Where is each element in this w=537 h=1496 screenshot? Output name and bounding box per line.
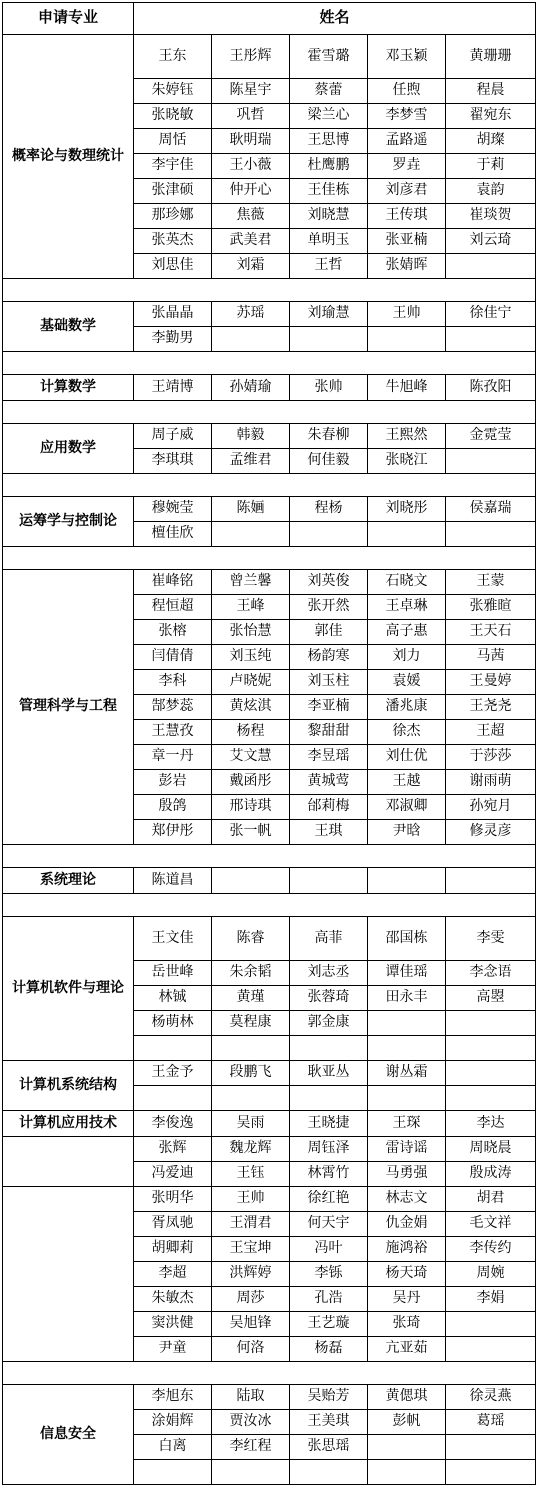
applicant-name-cell: 王金予 [134,1061,212,1086]
applicant-name-cell: 贾汝冰 [212,1410,290,1435]
applicant-name-cell: 何天宇 [290,1212,368,1237]
applicant-name-cell: 王哲 [290,254,368,279]
applicant-name-cell: 尹童 [134,1337,212,1362]
empty-name-cell [446,1312,536,1337]
applicant-name-cell: 张开然 [290,595,368,620]
section-spacer-cell [3,845,536,868]
major-label: 系统理论 [3,868,133,893]
applicant-name-cell: 林霄竹 [290,1162,368,1187]
major-label: 概率论与数理统计 [3,135,133,179]
applicant-name-cell: 刘力 [368,645,446,670]
applicant-name-cell: 闫倩倩 [134,645,212,670]
applicant-name-cell: 章一丹 [134,745,212,770]
applicant-name-cell: 谢雨萌 [446,770,536,795]
applicant-name-cell: 刘晓彤 [368,497,446,522]
applicant-name-cell: 李梦雪 [368,104,446,129]
section-spacer-cell [3,474,536,497]
applicant-name-cell: 张晓敏 [134,104,212,129]
table-row: 管理科学与工程崔峰铭曾兰馨刘英俊石晓文王蒙 [3,570,536,595]
applicant-name-cell: 邵国栋 [368,917,446,961]
applicant-name-cell: 王蒙 [446,570,536,595]
applicant-name-cell: 王熙然 [368,424,446,449]
applicant-name-cell: 卢晓妮 [212,670,290,695]
major-empty-cell [3,1137,134,1187]
applicant-name-cell: 耿亚丛 [290,1061,368,1086]
applicant-name-cell: 白离 [134,1435,212,1460]
applicant-name-cell: 穆婉莹 [134,497,212,522]
applicant-name-cell: 王小薇 [212,154,290,179]
applicant-name-cell: 魏龙辉 [212,1137,290,1162]
applicant-name-cell: 陈星宇 [212,79,290,104]
applicant-name-cell: 陈孜阳 [446,375,536,401]
applicant-name-cell: 梁兰心 [290,104,368,129]
applicant-name-cell: 黄偲琪 [368,1385,446,1410]
applicant-name-cell: 刘志丞 [290,961,368,986]
applicant-name-cell: 李勤男 [134,327,212,352]
applicant-name-cell: 陈道昌 [134,868,212,894]
applicant-name-cell: 李超 [134,1262,212,1287]
applicant-name-cell: 刘玉纯 [212,645,290,670]
applicant-name-cell: 林铖 [134,986,212,1011]
applicant-name-cell: 张雅暄 [446,595,536,620]
applicant-name-cell: 彭岩 [134,770,212,795]
applicant-name-cell: 檀佳欣 [134,522,212,547]
applicant-name-cell: 黄炫淇 [212,695,290,720]
document-page: 申请专业 姓名 概率论与数理统计王东王彤辉霍雪璐邓玉颖黄珊珊朱婷钰陈星宇蔡蕾任煦… [0,0,537,1487]
applicant-name-cell: 黄瑾 [212,986,290,1011]
applicant-name-cell: 刘玉柱 [290,670,368,695]
applicant-name-cell: 田永丰 [368,986,446,1011]
applicant-name-cell: 王琪 [290,820,368,845]
major-label-cell: 计算机应用技术 [3,1111,134,1137]
applicant-name-cell: 王传琪 [368,204,446,229]
applicant-name-cell: 彭帆 [368,1410,446,1435]
applicant-name-cell: 吴贻芳 [290,1385,368,1410]
applicant-name-cell: 牛旭峰 [368,375,446,401]
applicant-name-cell: 程晨 [446,79,536,104]
table-row: 计算机系统结构王金予段鹏飞耿亚丛谢丛霜 [3,1061,536,1086]
table-row: 应用数学周子威韩毅朱春柳王熙然金霓莹 [3,424,536,449]
empty-name-cell [134,1036,212,1061]
empty-name-cell [290,1086,368,1111]
empty-name-cell [446,1011,536,1036]
applicant-name-cell: 高菲 [290,917,368,961]
applicant-name-cell: 徐佳宁 [446,302,536,327]
section-spacer-row [3,401,536,424]
applicant-name-cell: 陆取 [212,1385,290,1410]
applicant-name-cell: 刘晓慧 [290,204,368,229]
applicant-name-cell: 涂娟辉 [134,1410,212,1435]
applicant-name-cell: 冯叶 [290,1237,368,1262]
major-label-cell: 信息安全 [3,1385,134,1485]
major-label-cell: 管理科学与工程 [3,570,134,845]
major-label-cell: 概率论与数理统计 [3,35,134,279]
applicant-name-cell: 殷鸽 [134,795,212,820]
applicant-name-cell: 王靖博 [134,375,212,401]
applicant-name-cell: 王慧孜 [134,720,212,745]
applicant-name-cell: 王尧尧 [446,695,536,720]
applicant-name-cell: 吴雨 [212,1111,290,1137]
applicant-name-cell: 胡卿莉 [134,1237,212,1262]
applicant-name-cell: 程恒超 [134,595,212,620]
major-empty-cell [3,1187,134,1362]
applicant-name-cell: 蔡蕾 [290,79,368,104]
section-spacer-row [3,474,536,497]
applicant-name-cell: 刘霜 [212,254,290,279]
table-row: 概率论与数理统计王东王彤辉霍雪璐邓玉颖黄珊珊 [3,35,536,79]
applicant-name-cell: 高子惠 [368,620,446,645]
applicant-name-cell: 张明华 [134,1187,212,1212]
applicant-name-cell: 李念语 [446,961,536,986]
applicant-name-cell: 张蓉琦 [290,986,368,1011]
applicant-name-cell: 谢丛霜 [368,1061,446,1086]
applicant-name-cell: 王钰 [212,1162,290,1187]
applicant-name-cell: 黄城莺 [290,770,368,795]
applicant-name-cell: 刘瑜慧 [290,302,368,327]
applicant-name-cell: 王卓琳 [368,595,446,620]
applicant-name-cell: 胡君 [446,1187,536,1212]
applicant-name-cell: 周恬 [134,129,212,154]
empty-name-cell [446,449,536,474]
applicant-name-cell: 戴函彤 [212,770,290,795]
applicant-name-cell: 刘英俊 [290,570,368,595]
empty-name-cell [368,1460,446,1485]
table-row: 计算数学王靖博孙婧瑜张帅牛旭峰陈孜阳 [3,375,536,401]
applicant-name-cell: 王天石 [446,620,536,645]
section-spacer-cell [3,547,536,570]
applicant-name-cell: 王彤辉 [212,35,290,79]
empty-name-cell [212,1036,290,1061]
applicant-name-cell: 孙宛月 [446,795,536,820]
applicant-name-cell: 张一帆 [212,820,290,845]
applicant-name-cell: 林志文 [368,1187,446,1212]
applicant-name-cell: 王晓捷 [290,1111,368,1137]
applicant-name-cell: 张晶晶 [134,302,212,327]
applicant-name-cell: 张亚楠 [368,229,446,254]
applicant-name-cell: 何洛 [212,1337,290,1362]
applicant-name-cell: 武美君 [212,229,290,254]
applicant-name-cell: 黎甜甜 [290,720,368,745]
applicant-name-cell: 王思博 [290,129,368,154]
applicant-name-cell: 韩毅 [212,424,290,449]
table-row: 运筹学与控制论穆婉莹陈婳程杨刘晓彤侯嘉瑞 [3,497,536,522]
applicant-name-cell: 段鹏飞 [212,1061,290,1086]
empty-name-cell [290,1460,368,1485]
applicant-name-cell: 张晓江 [368,449,446,474]
applicant-name-cell: 朱敏杰 [134,1287,212,1312]
applicant-name-cell: 高曌 [446,986,536,1011]
section-spacer-row [3,279,536,302]
applicant-name-cell: 崔峰铭 [134,570,212,595]
major-label-cell: 应用数学 [3,424,134,474]
applicant-name-cell: 郭佳 [290,620,368,645]
major-label-cell: 系统理论 [3,868,134,894]
applicant-name-cell: 亢亚茹 [368,1337,446,1362]
empty-name-cell [212,522,290,547]
empty-name-cell [290,327,368,352]
applicant-name-cell: 周婉 [446,1262,536,1287]
applicant-name-cell: 张帅 [290,375,368,401]
applicant-name-cell: 李雯 [446,917,536,961]
applicant-name-cell: 王帅 [368,302,446,327]
empty-name-cell [446,1435,536,1460]
applicant-name-cell: 任煦 [368,79,446,104]
empty-name-cell [134,1460,212,1485]
applicant-name-cell: 孟维君 [212,449,290,474]
applicant-name-cell: 杨磊 [290,1337,368,1362]
applicant-name-cell: 王越 [368,770,446,795]
applicant-name-cell: 霍雪璐 [290,35,368,79]
section-spacer-row [3,1362,536,1385]
applicant-name-cell: 孙婧瑜 [212,375,290,401]
empty-name-cell [290,522,368,547]
applicant-name-cell: 张怡慧 [212,620,290,645]
applicant-name-cell: 苏瑶 [212,302,290,327]
applicant-name-cell: 侯嘉瑞 [446,497,536,522]
applicant-name-cell: 李红程 [212,1435,290,1460]
applicant-name-cell: 窦洪健 [134,1312,212,1337]
applicant-name-cell: 单明玉 [290,229,368,254]
applicant-name-cell: 翟宛东 [446,104,536,129]
applicant-name-cell: 胡璨 [446,129,536,154]
applicant-name-cell: 李娟 [446,1287,536,1312]
applicant-name-cell: 李旭东 [134,1385,212,1410]
applicant-name-cell: 徐杰 [368,720,446,745]
applicant-name-cell: 孔浩 [290,1287,368,1312]
applicant-name-cell: 王渭君 [212,1212,290,1237]
applicant-name-cell: 殷成涛 [446,1162,536,1187]
major-label: 计算机软件与理论 [3,967,133,1011]
major-label-cell: 运筹学与控制论 [3,497,134,547]
empty-name-cell [446,1061,536,1086]
applicant-name-cell: 王超 [446,720,536,745]
empty-name-cell [368,1036,446,1061]
applicant-name-cell: 刘思佳 [134,254,212,279]
applicant-name-cell: 李昱瑶 [290,745,368,770]
applicant-name-cell: 潘兆康 [368,695,446,720]
table-row: 系统理论陈道昌 [3,868,536,894]
empty-name-cell [446,327,536,352]
applicant-name-cell: 金霓莹 [446,424,536,449]
major-label-cell: 计算机系统结构 [3,1061,134,1111]
applicant-name-cell: 吴丹 [368,1287,446,1312]
applicant-name-cell: 王文佳 [134,917,212,961]
applicant-name-cell: 李科 [134,670,212,695]
applicant-name-cell: 马茜 [446,645,536,670]
applicant-name-cell: 杨韵寒 [290,645,368,670]
applicant-name-cell: 雷诗谣 [368,1137,446,1162]
applicant-name-cell: 李俊逸 [134,1111,212,1137]
applicant-name-cell: 邓玉颖 [368,35,446,79]
table-row: 计算机应用技术李俊逸吴雨王晓捷王琛李达 [3,1111,536,1137]
empty-name-cell [212,868,290,894]
applicant-name-cell: 刘云琦 [446,229,536,254]
applicant-name-cell: 崔琰贺 [446,204,536,229]
section-spacer-row [3,547,536,570]
major-label: 基础数学 [3,314,133,339]
applicant-name-cell: 王艺璇 [290,1312,368,1337]
applicant-name-cell: 何佳毅 [290,449,368,474]
section-spacer-row [3,845,536,868]
applicant-name-cell: 巩哲 [212,104,290,129]
applicant-name-cell: 周晓晨 [446,1137,536,1162]
applicant-name-cell: 周子威 [134,424,212,449]
empty-name-cell [134,1086,212,1111]
major-label: 计算机系统结构 [3,1073,133,1098]
section-spacer-row [3,894,536,917]
empty-name-cell [446,868,536,894]
applicant-name-cell: 袁媛 [368,670,446,695]
table-row: 计算机软件与理论王文佳陈睿高菲邵国栋李雯 [3,917,536,961]
applicant-name-cell: 杨程 [212,720,290,745]
applicant-name-cell: 杨萌林 [134,1011,212,1036]
applicant-name-cell: 徐灵燕 [446,1385,536,1410]
applicant-name-cell: 陈睿 [212,917,290,961]
empty-name-cell [368,1011,446,1036]
applicant-name-cell: 王佳栋 [290,179,368,204]
applicant-name-cell: 曾兰馨 [212,570,290,595]
empty-name-cell [368,868,446,894]
applicant-name-cell: 焦薇 [212,204,290,229]
section-spacer-cell [3,1362,536,1385]
applicant-name-cell: 张婧晖 [368,254,446,279]
empty-name-cell [212,327,290,352]
applicant-name-cell: 刘彦君 [368,179,446,204]
applicant-name-cell: 那珍娜 [134,204,212,229]
major-label: 运筹学与控制论 [3,509,133,534]
applicant-name-cell: 张辉 [134,1137,212,1162]
applicant-name-cell: 张榕 [134,620,212,645]
major-label: 应用数学 [3,436,133,461]
table-row: 张辉魏龙辉周钰泽雷诗谣周晓晨 [3,1137,536,1162]
applicant-name-cell: 毛文祥 [446,1212,536,1237]
applicant-name-cell: 洪辉婷 [212,1262,290,1287]
empty-name-cell [368,522,446,547]
applicant-name-cell: 仇金娟 [368,1212,446,1237]
applicant-name-cell: 张思瑶 [290,1435,368,1460]
applicant-name-cell: 修灵彦 [446,820,536,845]
applicant-name-cell: 朱春柳 [290,424,368,449]
applicant-name-cell: 杨天琦 [368,1262,446,1287]
major-label: 计算机应用技术 [3,1111,133,1136]
applicant-name-cell: 陈婳 [212,497,290,522]
applicant-name-cell: 王东 [134,35,212,79]
applicant-name-cell: 谭佳瑶 [368,961,446,986]
header-name-column: 姓名 [134,3,536,35]
applicant-name-cell: 胥凤驰 [134,1212,212,1237]
applicant-name-cell: 袁韵 [446,179,536,204]
empty-name-cell [290,868,368,894]
header-row: 申请专业 姓名 [3,3,536,35]
empty-name-cell [446,1086,536,1111]
applicant-name-cell: 施鸿裕 [368,1237,446,1262]
empty-name-cell [368,1435,446,1460]
applicant-name-cell: 王宝坤 [212,1237,290,1262]
applicant-name-cell: 邢诗琪 [212,795,290,820]
applicant-name-cell: 朱余韬 [212,961,290,986]
applicant-name-cell: 王美琪 [290,1410,368,1435]
applicants-table-body: 概率论与数理统计王东王彤辉霍雪璐邓玉颖黄珊珊朱婷钰陈星宇蔡蕾任煦程晨张晓敏巩哲梁… [3,35,536,1485]
empty-name-cell [212,1086,290,1111]
applicant-name-cell: 张英杰 [134,229,212,254]
applicant-name-cell: 程杨 [290,497,368,522]
applicant-name-cell: 郜梦蕊 [134,695,212,720]
applicant-name-cell: 黄珊珊 [446,35,536,79]
major-label-cell: 计算数学 [3,375,134,401]
empty-name-cell [446,254,536,279]
applicant-name-cell: 李传约 [446,1237,536,1262]
applicant-name-cell: 石晓文 [368,570,446,595]
section-spacer-cell [3,279,536,302]
empty-name-cell [446,1337,536,1362]
section-spacer-cell [3,894,536,917]
major-label: 计算数学 [3,375,133,400]
applicant-name-cell: 张津硕 [134,179,212,204]
applicant-name-cell: 刘仕优 [368,745,446,770]
applicant-name-cell: 杜鹰鹏 [290,154,368,179]
table-row: 张明华王帅徐红艳林志文胡君 [3,1187,536,1212]
applicant-name-cell: 邓淑卿 [368,795,446,820]
section-spacer-cell [3,401,536,424]
applicant-name-cell: 郑伊彤 [134,820,212,845]
empty-name-cell [446,1036,536,1061]
applicant-name-cell: 马勇强 [368,1162,446,1187]
applicant-name-cell: 尹晗 [368,820,446,845]
applicant-name-cell: 周莎 [212,1287,290,1312]
applicant-name-cell: 艾文慧 [212,745,290,770]
applicant-name-cell: 王峰 [212,595,290,620]
major-label: 管理科学与工程 [3,695,133,720]
header-major-column: 申请专业 [3,3,134,35]
applicant-name-cell: 李琪琪 [134,449,212,474]
applicant-name-cell: 冯爱迪 [134,1162,212,1187]
applicant-name-cell: 朱婷钰 [134,79,212,104]
applicant-name-cell: 李亚楠 [290,695,368,720]
major-label-cell: 基础数学 [3,302,134,352]
table-row: 基础数学张晶晶苏瑶刘瑜慧王帅徐佳宁 [3,302,536,327]
empty-name-cell [368,327,446,352]
applicant-name-cell: 王琛 [368,1111,446,1137]
applicant-name-cell: 仲开心 [212,179,290,204]
empty-name-cell [446,1460,536,1485]
table-row: 信息安全李旭东陆取吴贻芳黄偲琪徐灵燕 [3,1385,536,1410]
applicant-name-cell: 李宇佳 [134,154,212,179]
applicant-name-cell: 于莉 [446,154,536,179]
applicant-name-cell: 莫程康 [212,1011,290,1036]
applicant-name-cell: 葛瑶 [446,1410,536,1435]
applicants-table: 申请专业 姓名 概率论与数理统计王东王彤辉霍雪璐邓玉颖黄珊珊朱婷钰陈星宇蔡蕾任煦… [2,2,536,1485]
applicant-name-cell: 张琦 [368,1312,446,1337]
empty-name-cell [446,522,536,547]
applicant-name-cell: 王曼婷 [446,670,536,695]
applicant-name-cell: 岳世峰 [134,961,212,986]
applicant-name-cell: 郭金康 [290,1011,368,1036]
applicant-name-cell: 耿明瑞 [212,129,290,154]
applicant-name-cell: 罗垚 [368,154,446,179]
applicant-name-cell: 邰莉梅 [290,795,368,820]
section-spacer-cell [3,352,536,375]
empty-name-cell [368,1086,446,1111]
applicant-name-cell: 王帅 [212,1187,290,1212]
major-label-cell: 计算机软件与理论 [3,917,134,1061]
empty-name-cell [290,1036,368,1061]
applicant-name-cell: 孟路遥 [368,129,446,154]
applicant-name-cell: 李铄 [290,1262,368,1287]
applicant-name-cell: 周钰泽 [290,1137,368,1162]
applicant-name-cell: 吴旭锋 [212,1312,290,1337]
section-spacer-row [3,352,536,375]
empty-name-cell [212,1460,290,1485]
